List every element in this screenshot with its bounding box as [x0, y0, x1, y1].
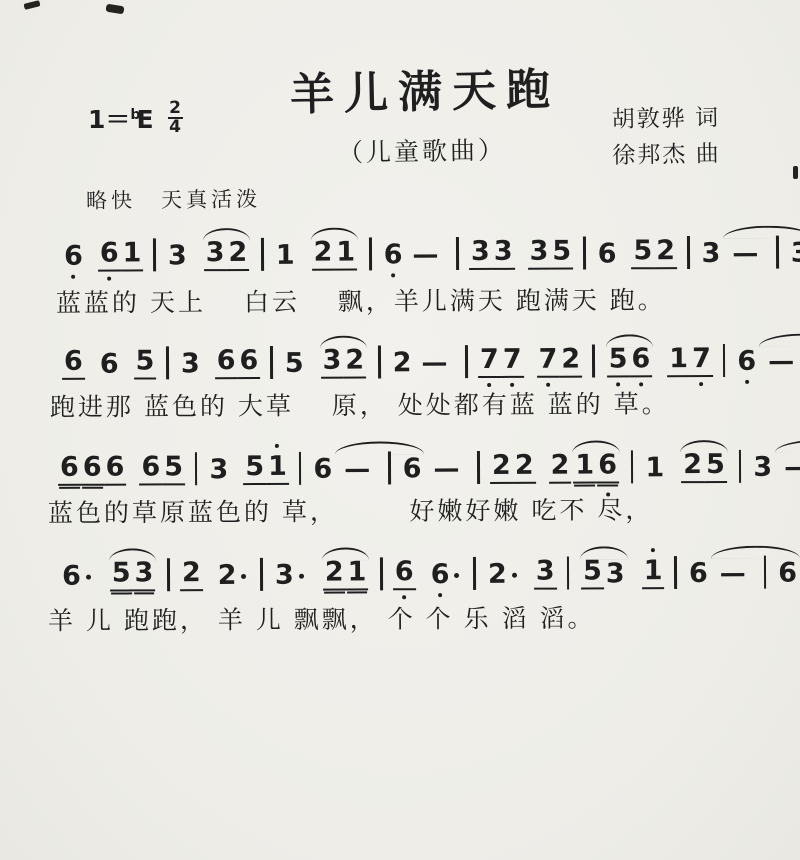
- barline: [369, 237, 372, 270]
- ink-mark: [24, 0, 41, 10]
- slur: 32: [202, 238, 252, 271]
- augmentation-dot: [299, 574, 304, 579]
- note-digit: 5: [110, 558, 133, 591]
- note-digit: 6: [382, 240, 405, 270]
- slur: 53: [579, 556, 629, 589]
- note-digit: 6: [429, 560, 452, 590]
- duration-dash: —: [344, 455, 370, 485]
- note-digit: 3: [207, 455, 230, 485]
- duration-dash: —: [768, 347, 794, 377]
- barline: [687, 236, 690, 269]
- note-digit: 2: [343, 346, 366, 379]
- lyrics-line-3: 蓝色的草原蓝色的 草， 好嫩好嫩 吃不 尽，: [48, 490, 654, 529]
- duration-dash: —: [732, 239, 758, 269]
- key-time-signature: 1＝bE 2 4: [88, 100, 183, 136]
- time-signature-denominator: 4: [169, 120, 181, 135]
- barline: [388, 451, 391, 484]
- note-digit: 1: [667, 344, 690, 377]
- note-digit: 2: [549, 451, 572, 484]
- augmentation-dot: [512, 573, 517, 578]
- song-title: 羊儿满天跑: [289, 53, 560, 123]
- slur: —3: [722, 236, 800, 269]
- barline: [270, 346, 273, 379]
- note-digit: 3: [789, 239, 800, 269]
- note-digit: 6: [60, 562, 83, 592]
- note-digit: 5: [162, 452, 185, 485]
- ink-mark: [105, 4, 124, 15]
- note-digit: 6: [139, 452, 162, 485]
- note-digit: 2: [323, 557, 346, 590]
- note-digit: 7: [501, 345, 524, 378]
- composer-credit: 徐邦杰 曲: [612, 135, 721, 173]
- note-digit: 5: [283, 349, 306, 379]
- note-digit: 2: [513, 451, 536, 484]
- note-digit: 6: [687, 559, 710, 589]
- barline: [378, 345, 381, 378]
- note-digit: 6: [735, 347, 758, 377]
- augmentation-dot: [86, 575, 91, 580]
- note-digit: 1: [274, 241, 297, 271]
- duration-dash: —: [784, 453, 800, 483]
- octave-dot-low: [107, 277, 111, 281]
- note-digit: 7: [537, 345, 560, 378]
- note-digit: 5: [704, 450, 727, 483]
- duration-dash: —: [433, 454, 459, 484]
- note-digit: 3: [273, 561, 296, 591]
- slur: —6: [758, 343, 800, 376]
- note-digit: 3: [469, 237, 492, 270]
- note-digit: 3: [179, 349, 202, 379]
- barline: [153, 238, 156, 271]
- notation-line-2: 6653665322—777256176—6—: [62, 334, 800, 380]
- note-digit: 6: [776, 559, 799, 589]
- note-digit: 1: [642, 556, 665, 589]
- note-digit: 6: [62, 242, 85, 272]
- note-digit: 1: [643, 453, 666, 483]
- note-digit: 1: [334, 237, 357, 270]
- lyricist-credit: 胡敦骅 词: [611, 99, 720, 137]
- note-digit: 6: [629, 344, 652, 377]
- note-digit: 3: [166, 241, 189, 271]
- ink-mark: [793, 166, 798, 179]
- barline: [195, 452, 198, 485]
- octave-dot-low: [391, 273, 395, 277]
- slur: —6: [710, 556, 800, 589]
- lyrics-line-1: 蓝蓝的 天上 白云 飘，羊儿满天 跑满天 跑。: [56, 280, 666, 319]
- barline: [674, 556, 677, 589]
- slur: 16: [571, 450, 621, 483]
- barline: [776, 236, 779, 269]
- note-digit: 5: [581, 556, 604, 589]
- note-digit: 6: [58, 453, 81, 486]
- note-digit: 2: [312, 238, 335, 271]
- note-digit: 6: [237, 346, 260, 379]
- augmentation-dot: [454, 573, 459, 578]
- barline: [473, 557, 476, 590]
- note-digit: 3: [492, 237, 515, 270]
- augmentation-dot: [242, 574, 247, 579]
- note-digit: 6: [215, 346, 238, 379]
- note-digit: 5: [134, 346, 157, 379]
- note-digit: 5: [631, 236, 654, 269]
- note-digit: 2: [654, 236, 677, 269]
- note-digit: 3: [604, 559, 627, 589]
- credits: 胡敦骅 词 徐邦杰 曲: [611, 99, 721, 173]
- note-digit: 5: [243, 452, 266, 485]
- sheet-music-page: 羊儿满天跑 （儿童歌曲） 1＝bE 2 4 胡敦骅 词 徐邦杰 曲 略快 天真活…: [0, 0, 800, 860]
- note-digit: 1: [346, 557, 369, 590]
- note-digit: 6: [98, 239, 121, 272]
- slur: —3: [774, 449, 800, 482]
- note-digit: 3: [133, 558, 156, 591]
- note-digit: 3: [204, 238, 227, 271]
- note-digit: 2: [226, 238, 249, 271]
- notation-line-3: 666653516—6—222161253—35: [58, 440, 800, 486]
- duration-dash: —: [720, 559, 746, 589]
- barline: [567, 557, 570, 590]
- notation-line-4: 6532232166235316—60: [60, 546, 800, 591]
- note-digit: 3: [700, 239, 723, 269]
- note-digit: 6: [104, 453, 127, 486]
- slur: 21: [310, 237, 360, 270]
- barline: [456, 237, 459, 270]
- note-digit: 6: [81, 453, 104, 486]
- note-digit: 3: [528, 237, 551, 270]
- time-signature-numerator: 2: [169, 101, 181, 116]
- slur: 53: [108, 558, 158, 591]
- note-digit: 2: [559, 345, 582, 378]
- octave-dot-low: [700, 382, 704, 386]
- notation-line-1: 6613321216—33356523—3—: [62, 226, 800, 272]
- barline: [723, 344, 726, 377]
- barline: [167, 558, 170, 591]
- note-digit: 6: [311, 455, 334, 485]
- octave-dot-high: [651, 548, 655, 552]
- duration-dash: —: [412, 240, 438, 270]
- note-digit: 1: [573, 451, 596, 484]
- note-digit: 6: [596, 239, 619, 269]
- duration-dash: —: [421, 348, 447, 378]
- octave-dot-low: [71, 275, 75, 279]
- slur: 21: [321, 557, 371, 590]
- time-signature: 2 4: [168, 101, 183, 135]
- barline: [477, 451, 480, 484]
- note-digit: 1: [121, 238, 144, 271]
- note-digit: 1: [266, 452, 289, 485]
- octave-dot-low: [438, 593, 442, 597]
- note-digit: 7: [478, 345, 501, 378]
- note-digit: 7: [690, 344, 713, 377]
- note-digit: 6: [401, 454, 424, 484]
- barline: [380, 557, 383, 590]
- barline: [166, 346, 169, 379]
- barline: [764, 556, 767, 589]
- note-digit: 2: [681, 450, 704, 483]
- song-subtitle: （儿童歌曲）: [338, 131, 507, 170]
- note-digit: 6: [393, 557, 416, 590]
- note-digit: 2: [391, 348, 414, 378]
- tempo-marking: 略快 天真活泼: [86, 183, 261, 215]
- barline: [592, 345, 595, 378]
- note-digit: 3: [534, 557, 557, 590]
- note-digit: 2: [490, 451, 513, 484]
- barline: [299, 452, 302, 485]
- barline: [465, 345, 468, 378]
- slur: —6: [334, 451, 425, 484]
- barline: [261, 238, 264, 271]
- lyrics-line-4: 羊 儿 跑跑， 羊 儿 飘飘， 个 个 乐 滔 滔。: [48, 599, 596, 638]
- slur: 56: [605, 344, 655, 377]
- key-signature: 1＝bE: [88, 100, 154, 136]
- note-digit: 5: [550, 237, 573, 270]
- note-digit: 2: [180, 558, 203, 591]
- note-digit: 6: [62, 347, 85, 380]
- note-digit: 6: [98, 350, 121, 380]
- octave-dot-high: [275, 444, 279, 448]
- slur: 25: [679, 450, 729, 483]
- barline: [260, 558, 263, 591]
- barline: [631, 450, 634, 483]
- note-digit: 2: [216, 561, 239, 591]
- note-digit: 5: [607, 344, 630, 377]
- barline: [583, 236, 586, 269]
- lyrics-line-2: 跑进那 蓝色的 大草 原， 处处都有蓝 蓝的 草。: [50, 384, 670, 423]
- note-digit: 6: [596, 450, 619, 483]
- octave-dot-low: [745, 380, 749, 384]
- note-digit: 3: [751, 453, 774, 483]
- note-digit: 3: [321, 346, 344, 379]
- barline: [739, 450, 742, 483]
- note-digit: 2: [486, 560, 509, 590]
- slur: 32: [319, 346, 369, 379]
